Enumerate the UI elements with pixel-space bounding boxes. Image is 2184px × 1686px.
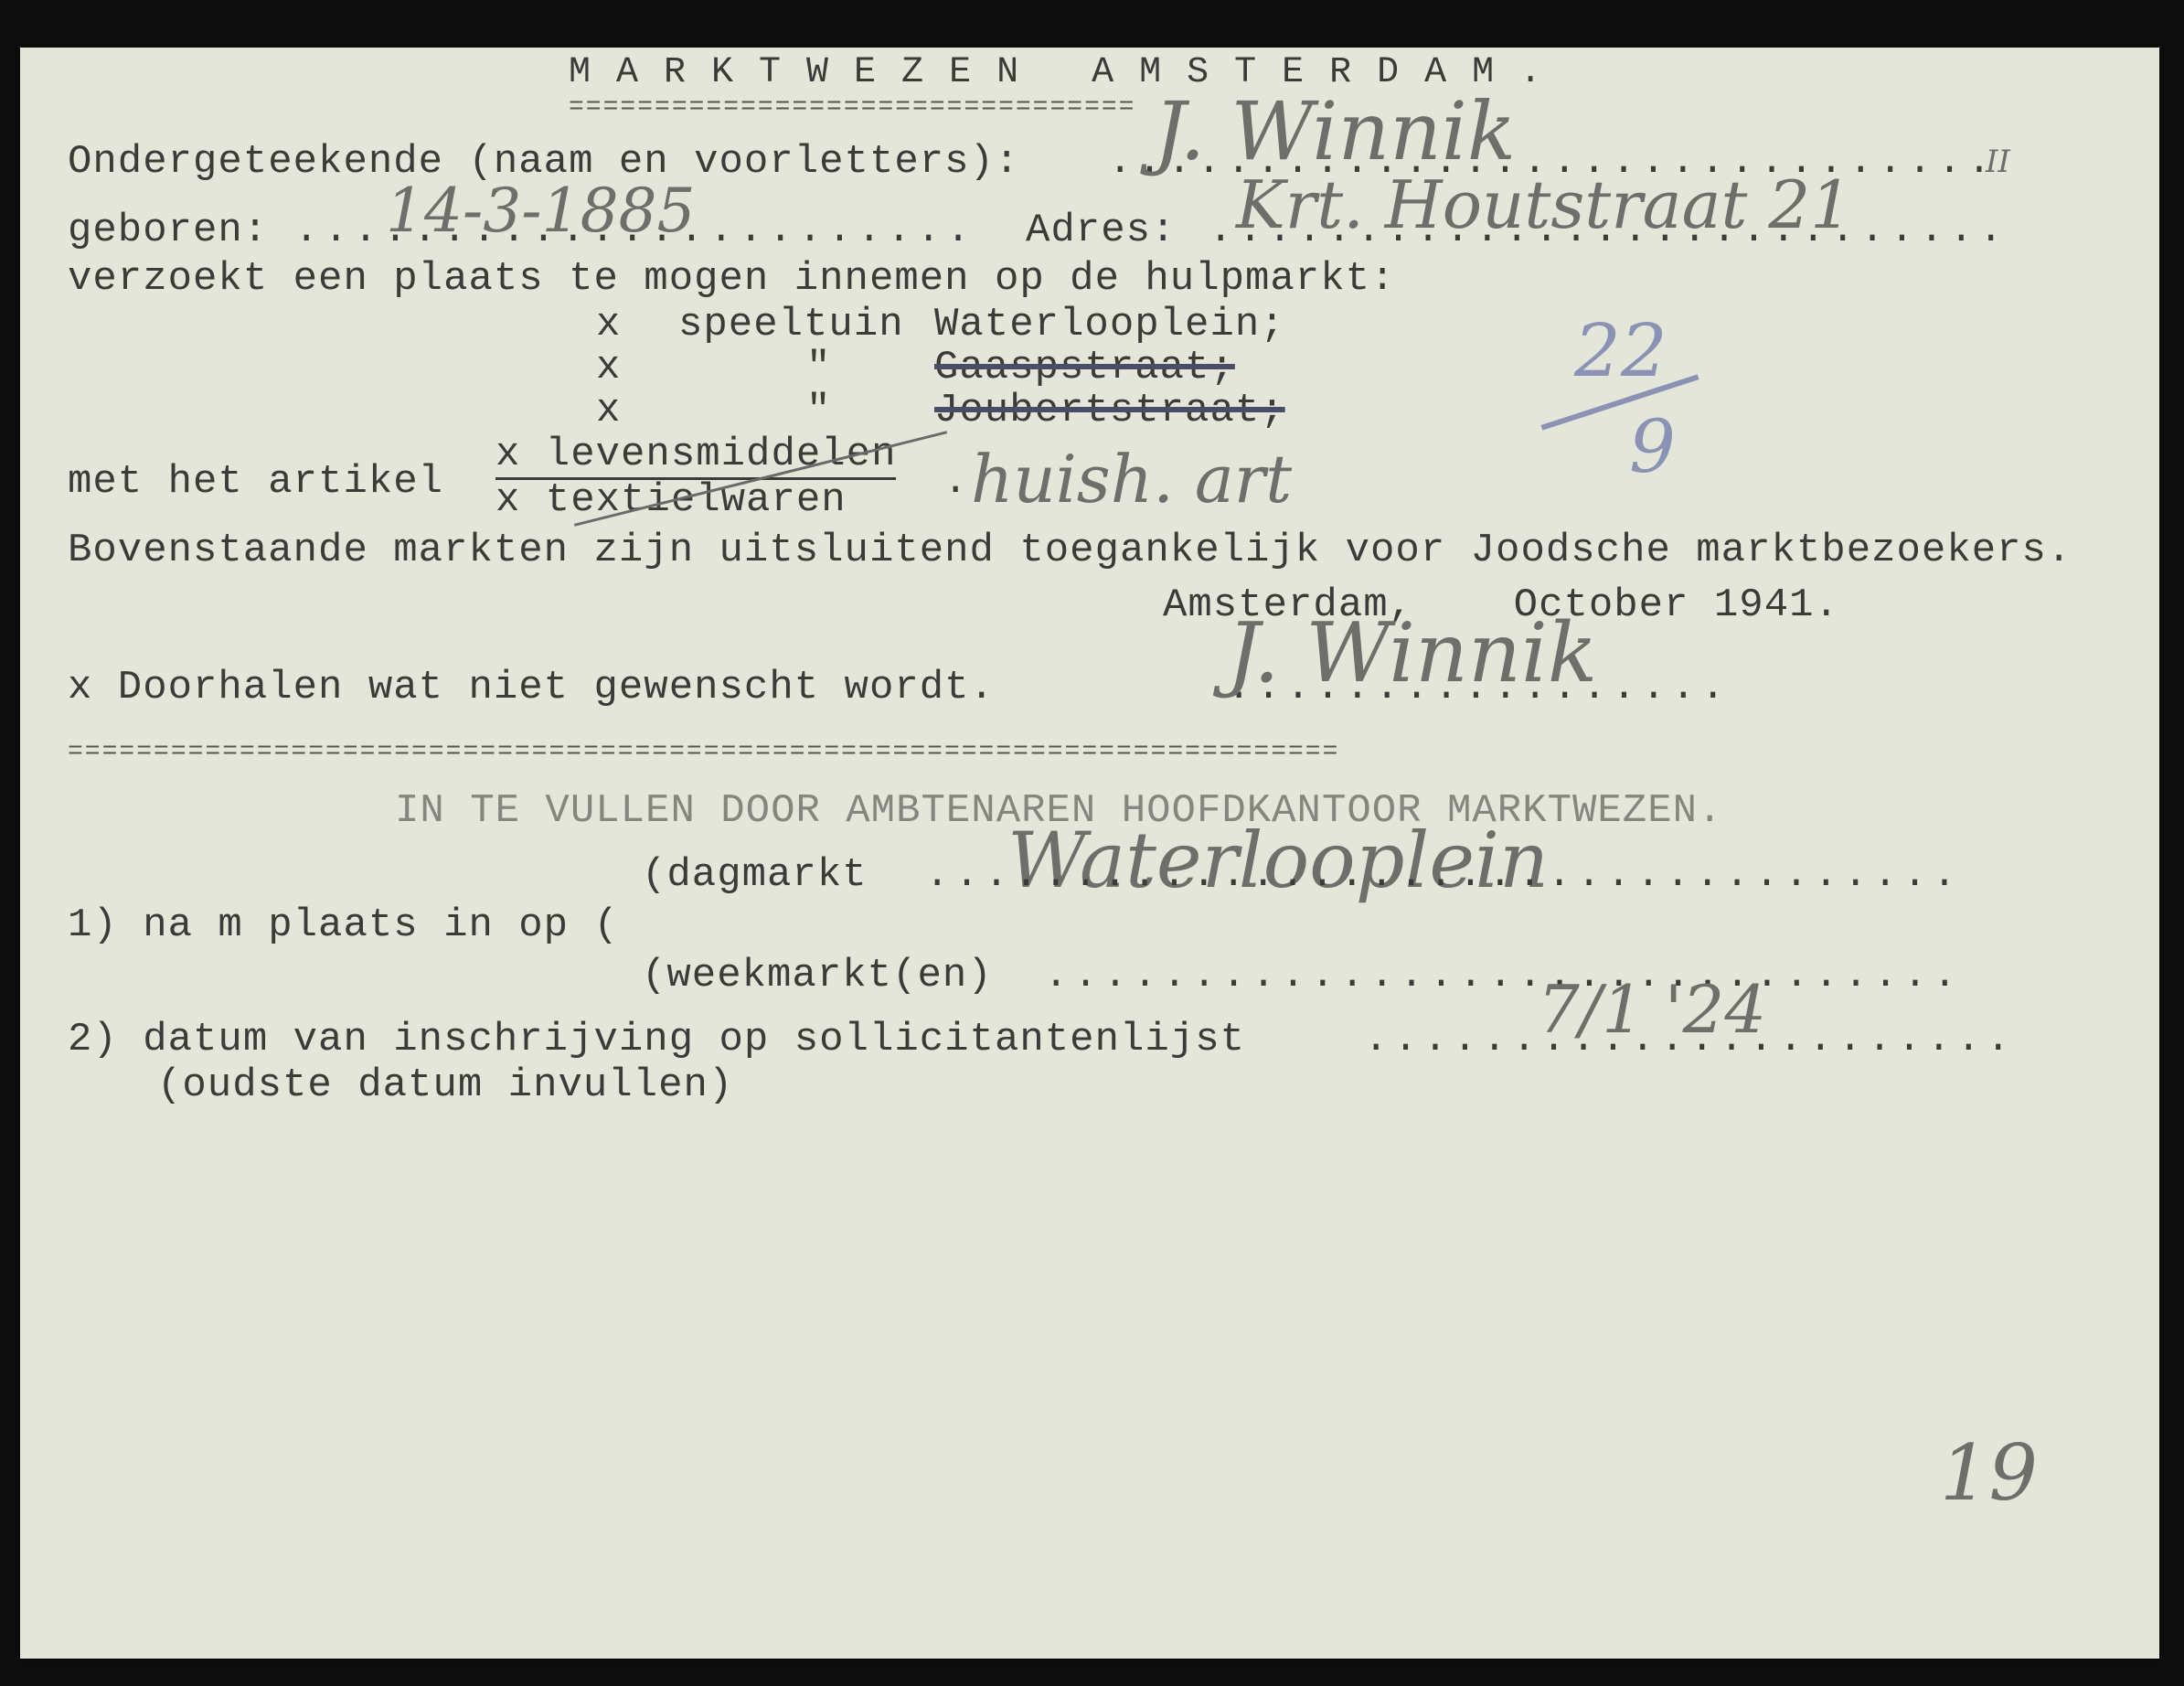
article-handwritten[interactable]: huish. art — [971, 441, 1292, 518]
address-floor-handwritten: II — [1986, 144, 2010, 180]
form-card: M A R K T W E Z E N A M S T E R D A M . … — [20, 48, 2159, 1659]
address-value-handwritten[interactable]: Krt. Houtstraat 21 — [1236, 166, 1852, 243]
item2-value-handwritten[interactable]: 7/1 '24 — [1538, 971, 1766, 1048]
dagmarkt-dots: ................................... — [925, 852, 2086, 898]
signature-handwritten: J. Winnik — [1227, 605, 1597, 701]
market-option-prefix: speeltuin — [678, 302, 904, 347]
market-option-waterlooplein[interactable]: Waterlooplein; — [934, 302, 1285, 347]
address-label: Adres: — [1026, 208, 1176, 253]
page-number-handwritten: 19 — [1940, 1428, 2038, 1518]
market-option-mark: x — [596, 388, 621, 433]
weekmarkt-label: (weekmarkt(en) — [642, 953, 993, 998]
ditto-mark: " — [806, 388, 831, 433]
born-value-handwritten[interactable]: 14-3-1885 — [386, 176, 696, 246]
applicant-name-handwritten[interactable]: J. Winnik — [1154, 84, 1516, 178]
dagmarkt-label: (dagmarkt — [642, 852, 868, 898]
notice-text: Bovenstaande markten zijn uitsluitend to… — [68, 528, 2072, 573]
ditto-mark: " — [806, 345, 831, 390]
article-option-levensmiddelen[interactable]: x levensmiddelen — [495, 432, 896, 480]
margin-note-numerator: 22 — [1574, 308, 1667, 393]
footnote: x Doorhalen wat niet gewenscht wordt. — [68, 665, 995, 710]
item2-sub: (oudste datum invullen) — [157, 1062, 733, 1108]
article-period: . — [943, 459, 968, 505]
item1-label: 1) na m plaats in op ( — [68, 902, 619, 948]
born-label: geboren: — [68, 208, 268, 253]
section-divider: ========================================… — [68, 738, 2097, 766]
article-label: met het artikel — [68, 459, 443, 505]
market-option-joubertstraat[interactable]: Joubertstraat; — [934, 388, 1285, 433]
market-option-gaaspstraat[interactable]: Gaaspstraat; — [934, 345, 1235, 390]
item2-label: 2) datum van inschrijving op sollicitant… — [68, 1017, 1245, 1062]
market-option-mark: x — [596, 302, 621, 347]
margin-note-denominator: 9 — [1629, 404, 1676, 489]
market-option-mark: x — [596, 345, 621, 390]
request-text: verzoekt een plaats te mogen innemen op … — [68, 256, 1395, 302]
